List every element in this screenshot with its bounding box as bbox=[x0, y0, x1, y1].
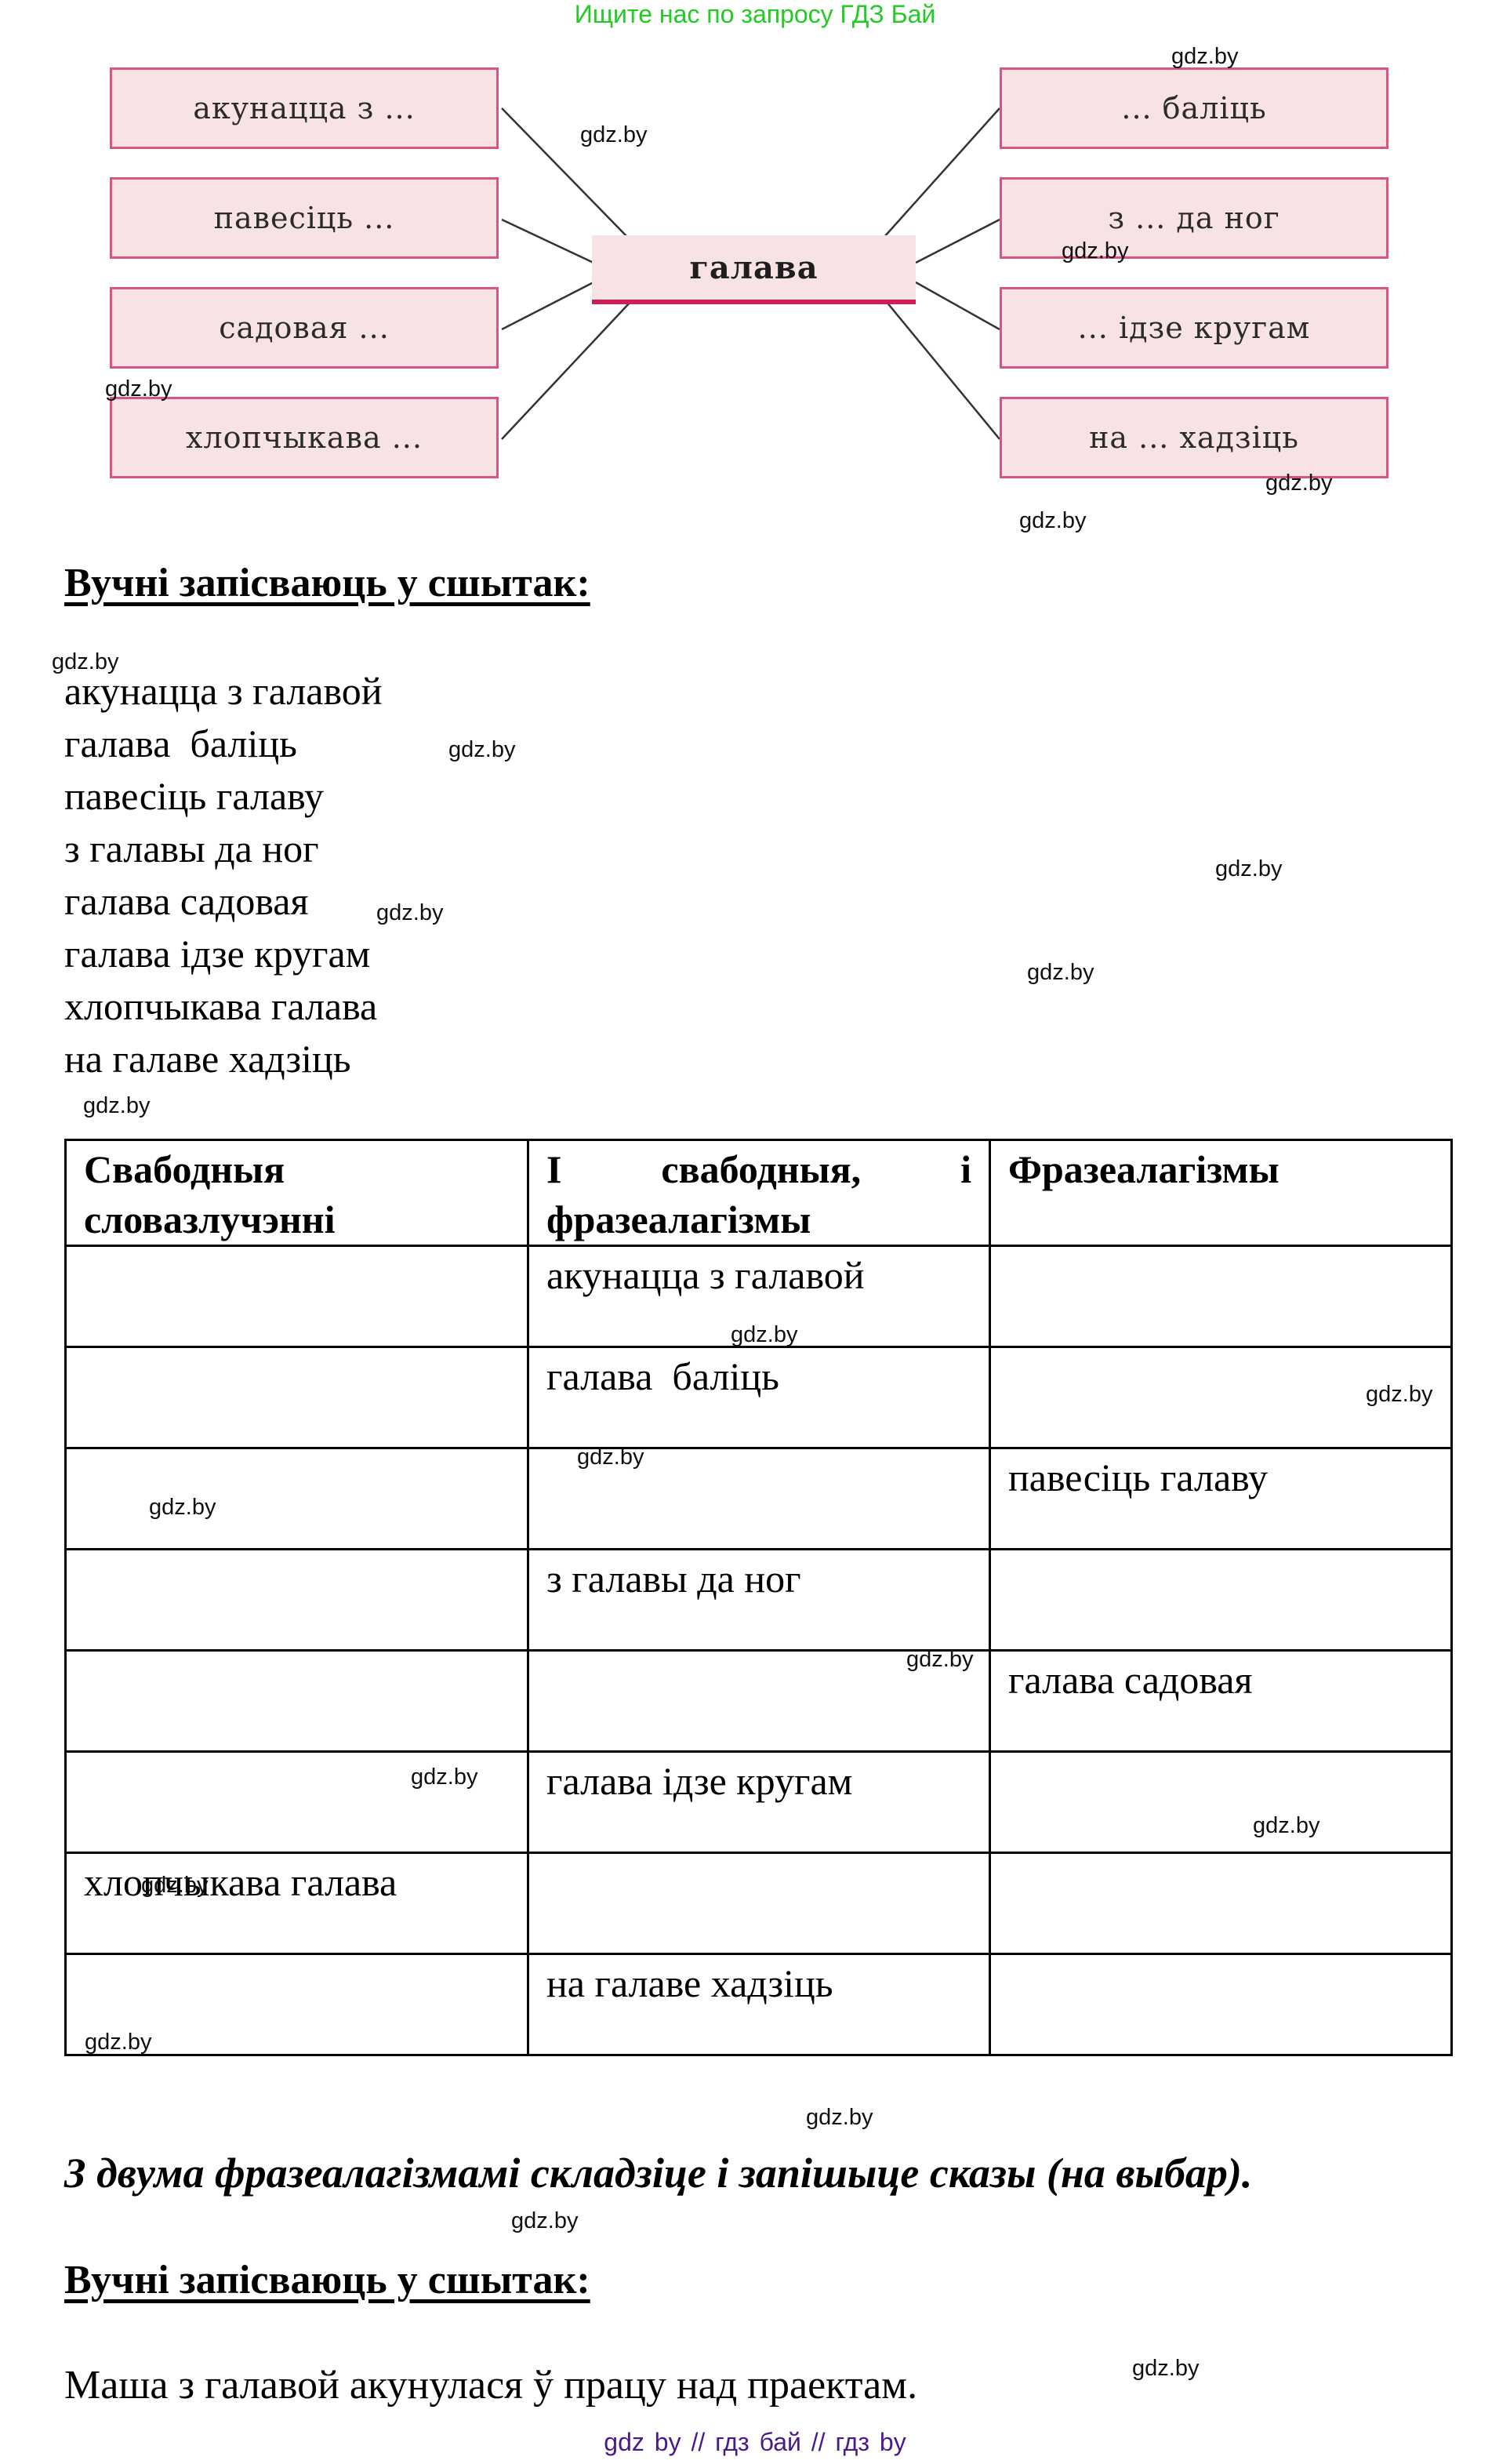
cell-both: на галаве хадзіць bbox=[528, 1954, 990, 2055]
cell-idiom bbox=[990, 1550, 1452, 1651]
watermark: gdz.by bbox=[376, 900, 443, 925]
watermark: gdz.by bbox=[52, 649, 118, 674]
cell-both: з галавы да ног bbox=[528, 1550, 990, 1651]
watermark: gdz.by bbox=[1062, 238, 1128, 263]
phrase-box-left-2: павесіць ... bbox=[110, 177, 499, 259]
phrase-box-left-4: хлопчыкава ... bbox=[110, 397, 499, 478]
phrase-list: акунацца з галавой галава баліць павесіц… bbox=[64, 665, 383, 1085]
cell-idiom bbox=[990, 1954, 1452, 2055]
list-item: з галавы да ног bbox=[64, 823, 383, 875]
cell-free-phrase: хлопчыкава галава bbox=[66, 1853, 528, 1954]
footer-banner[interactable]: gdz by // гдз бай // гдз by bbox=[0, 2426, 1510, 2458]
watermark: gdz.by bbox=[1366, 1382, 1432, 1407]
watermark: gdz.by bbox=[411, 1764, 477, 1790]
watermark: gdz.by bbox=[1019, 508, 1086, 533]
table-header-row: Свабодныя словазлучэнні І свабодныя, і ф… bbox=[66, 1140, 1452, 1246]
section2-heading: Вучні запісваюць у сшытак: bbox=[64, 2257, 590, 2303]
watermark: gdz.by bbox=[105, 376, 172, 402]
watermark: gdz.by bbox=[731, 1322, 797, 1347]
cell-idiom bbox=[990, 1752, 1452, 1853]
watermark: gdz.by bbox=[85, 2030, 151, 2055]
watermark: gdz.by bbox=[577, 1445, 644, 1470]
list-item: павесіць галаву bbox=[64, 770, 383, 823]
watermark: gdz.by bbox=[806, 2105, 873, 2130]
table-row: галава садовая bbox=[66, 1651, 1452, 1752]
header-idioms: Фразеалагізмы bbox=[990, 1140, 1452, 1246]
watermark: gdz.by bbox=[511, 2208, 578, 2233]
table-row: галава баліць bbox=[66, 1347, 1452, 1448]
list-item: галава ідзе кругам bbox=[64, 928, 383, 980]
table-row: павесіць галаву bbox=[66, 1448, 1452, 1550]
phrase-box-right-4: на ... хадзіць bbox=[1000, 397, 1388, 478]
center-word-box: галава bbox=[592, 235, 916, 304]
phrase-box-right-3: ... ідзе кругам bbox=[1000, 287, 1388, 369]
cell-free-phrase bbox=[66, 1246, 528, 1347]
cell-both: галава ідзе кругам bbox=[528, 1752, 990, 1853]
section1-heading: Вучні запісваюць у сшытак: bbox=[64, 560, 590, 606]
header-both: І свабодныя, і фразеалагізмы bbox=[528, 1140, 990, 1246]
watermark: gdz.by bbox=[448, 737, 515, 762]
watermark: gdz.by bbox=[141, 1873, 208, 1898]
list-item: галава садовая bbox=[64, 875, 383, 928]
table-row: хлопчыкава галава bbox=[66, 1853, 1452, 1954]
cell-free-phrase bbox=[66, 1550, 528, 1651]
watermark: gdz.by bbox=[1265, 471, 1332, 496]
cell-idiom: галава садовая bbox=[990, 1651, 1452, 1752]
phrase-box-right-2: з ... да ног bbox=[1000, 177, 1388, 259]
watermark: gdz.by bbox=[1027, 960, 1094, 985]
cell-idiom bbox=[990, 1246, 1452, 1347]
task-instruction: З двума фразеалагізмамі складзіце і запі… bbox=[64, 2149, 1252, 2197]
cell-free-phrase bbox=[66, 1651, 528, 1752]
cell-both bbox=[528, 1853, 990, 1954]
list-item: на галаве хадзіць bbox=[64, 1033, 383, 1085]
cell-idiom: павесіць галаву bbox=[990, 1448, 1452, 1550]
phrase-box-left-1: акунацца з ... bbox=[110, 67, 499, 149]
cell-both: галава баліць bbox=[528, 1347, 990, 1448]
phrase-box-right-1: ... баліць bbox=[1000, 67, 1388, 149]
table-row: з галавы да ног bbox=[66, 1550, 1452, 1651]
list-item: галава баліць bbox=[64, 718, 383, 770]
example-sentence: Маша з галавой акунулася ў працу над пра… bbox=[64, 2362, 917, 2408]
cell-free-phrase bbox=[66, 1347, 528, 1448]
watermark: gdz.by bbox=[580, 122, 647, 147]
watermark: gdz.by bbox=[906, 1647, 973, 1672]
phrase-box-left-3: садовая ... bbox=[110, 287, 499, 369]
table-row: на галаве хадзіць bbox=[66, 1954, 1452, 2055]
cell-free-phrase bbox=[66, 1448, 528, 1550]
header-free-phrases: Свабодныя словазлучэнні bbox=[66, 1140, 528, 1246]
watermark: gdz.by bbox=[1132, 2356, 1199, 2381]
watermark: gdz.by bbox=[1215, 856, 1282, 881]
watermark: gdz.by bbox=[149, 1495, 216, 1520]
cell-idiom bbox=[990, 1853, 1452, 1954]
watermark: gdz.by bbox=[1171, 44, 1238, 69]
classification-table: Свабодныя словазлучэнні І свабодныя, і ф… bbox=[64, 1139, 1453, 2056]
list-item: хлопчыкава галава bbox=[64, 980, 383, 1033]
watermark: gdz.by bbox=[1253, 1813, 1319, 1838]
table-row: галава ідзе кругам bbox=[66, 1752, 1452, 1853]
watermark: gdz.by bbox=[83, 1093, 150, 1118]
